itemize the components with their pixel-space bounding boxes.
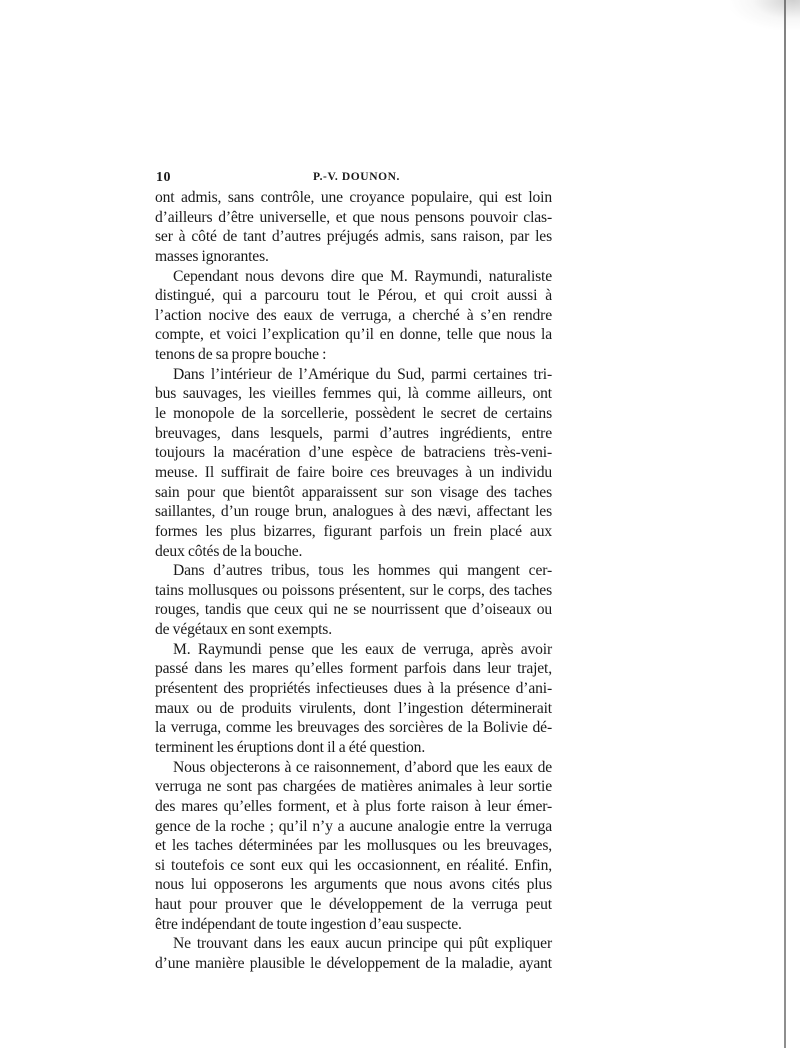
text-line: être indépendant de toute ingestion d’ea… [155,915,552,935]
text-line: M. Raymundi pense que les eaux de verrug… [155,640,552,660]
text-line: maux ou de produits virulents, dont l’in… [155,699,552,719]
text-line: ser à côté de tant d’autres préjugés adm… [155,227,552,247]
page-corner-shadow [730,0,800,30]
text-line: passé dans les mares qu’elles forment pa… [155,659,552,679]
paragraph: M. Raymundi pense que les eaux de verrug… [155,640,552,758]
text-line: deux côtés de la bouche. [155,542,552,562]
paragraph: Dans d’autres tribus, tous les hommes qu… [155,561,552,640]
text-line: ont admis, sans contrôle, une croyance p… [155,188,552,208]
page-number: 10 [156,170,171,186]
text-line: la verruga, comme les breuvages des sorc… [155,718,552,738]
text-line: Cependant nous devons dire que M. Raymun… [155,267,552,287]
text-line: meuse. Il suffirait de faire boire ces b… [155,463,552,483]
text-line: Dans l’intérieur de l’Amérique du Sud, p… [155,365,552,385]
text-line: d’ailleurs d’être universelle, et que no… [155,208,552,228]
text-line: toujours la macération d’une espèce de b… [155,443,552,463]
text-line: haut pour prouver que le développement d… [155,895,552,915]
text-line: Ne trouvant dans les eaux aucun principe… [155,934,552,954]
running-head: 10 P.-V. DOUNON. [155,170,552,186]
text-line: tenons de sa propre bouche : [155,345,552,365]
text-line: et les taches déterminées par les mollus… [155,836,552,856]
text-line: distingué, qui a parcouru tout le Pérou,… [155,286,552,306]
text-line: des mares qu’elles forment, et à plus fo… [155,797,552,817]
text-line: présentent des propriétés infectieuses d… [155,679,552,699]
text-line: saillantes, d’un rouge brun, analogues à… [155,502,552,522]
text-line: rouges, tandis que ceux qui ne se nourri… [155,600,552,620]
text-line: si toutefois ce sont eux qui les occasio… [155,856,552,876]
text-line: Nous objecterons à ce raisonnement, d’ab… [155,758,552,778]
text-line: d’une manière plausible le développement… [155,954,552,974]
text-line: breuvages, dans lesquels, parmi d’autres… [155,424,552,444]
text-line: compte, et voici l’explication qu’il en … [155,325,552,345]
text-line: gence de la roche ; qu’il n’y a aucune a… [155,817,552,837]
body-text: ont admis, sans contrôle, une croyance p… [155,188,552,974]
text-line: tains mollusques ou poissons présentent,… [155,581,552,601]
text-line: terminent les éruptions dont il a été qu… [155,738,552,758]
page-edge-line [784,0,786,1048]
text-line: verruga ne sont pas chargées de matières… [155,777,552,797]
paragraph: Cependant nous devons dire que M. Raymun… [155,267,552,365]
text-line: de végétaux en sont exempts. [155,620,552,640]
text-line: le monopole de la sorcellerie, possèdent… [155,404,552,424]
paragraph: Dans l’intérieur de l’Amérique du Sud, p… [155,365,552,561]
text-line: sain pour que bientôt apparaissent sur s… [155,483,552,503]
text-line: formes les plus bizarres, figurant parfo… [155,522,552,542]
paragraph: Ne trouvant dans les eaux aucun principe… [155,934,552,973]
running-title: P.-V. DOUNON. [313,171,400,183]
paragraph: Nous objecterons à ce raisonnement, d’ab… [155,758,552,935]
text-line: bus sauvages, les vieilles femmes qui, l… [155,384,552,404]
text-line: masses ignorantes. [155,247,552,267]
paragraph: ont admis, sans contrôle, une croyance p… [155,188,552,267]
text-line: l’action nocive des eaux de verruga, a c… [155,306,552,326]
text-line: nous lui opposerons les arguments que no… [155,875,552,895]
text-line: Dans d’autres tribus, tous les hommes qu… [155,561,552,581]
